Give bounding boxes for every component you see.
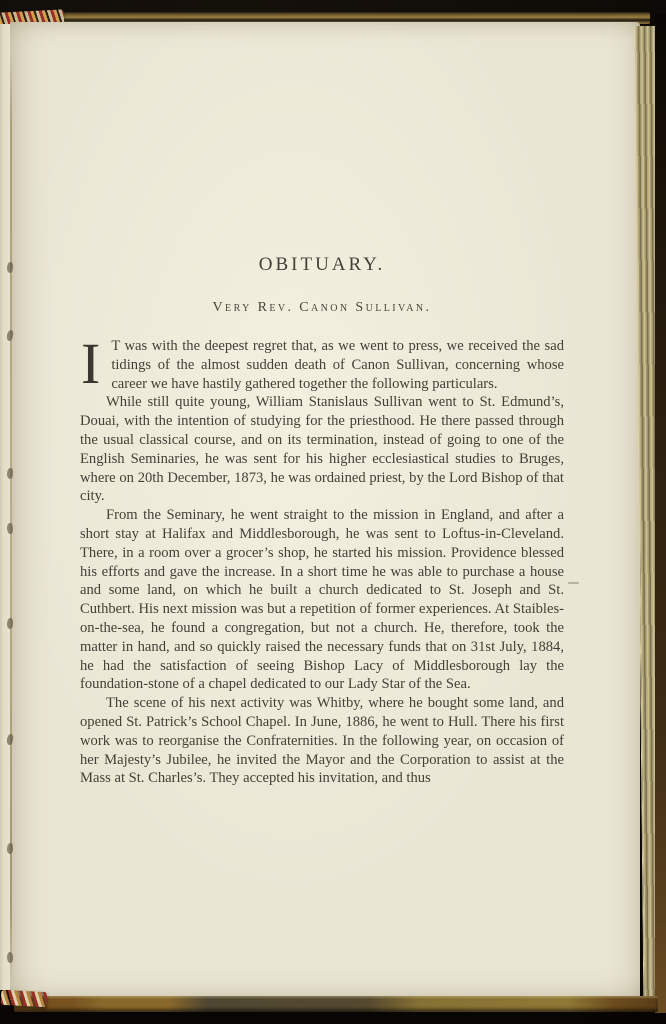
stitch-mark <box>6 523 13 535</box>
paragraph-1: IT was with the deepest regret that, as … <box>80 337 564 393</box>
page-content: OBITUARY. Very Rev. Canon Sullivan. IT w… <box>80 254 564 788</box>
book-page: OBITUARY. Very Rev. Canon Sullivan. IT w… <box>10 22 640 1000</box>
book-bottom-gilt-edge <box>14 996 658 1012</box>
paragraph-3: From the Seminary, he went straight to t… <box>80 506 564 694</box>
page-title: OBITUARY. <box>80 254 564 276</box>
page-blemish <box>568 582 579 584</box>
drop-cap: I <box>80 337 111 393</box>
paragraph-1-text: T was with the deepest regret that, as w… <box>111 338 564 392</box>
stitch-mark <box>7 843 13 854</box>
stitch-mark <box>7 952 14 963</box>
headband-bottom <box>1 990 48 1007</box>
paragraph-4: The scene of his next activity was Whitb… <box>80 694 564 788</box>
stitch-mark <box>7 262 13 273</box>
stitch-mark <box>7 618 13 629</box>
book-cover-right <box>655 13 666 1013</box>
stitch-mark <box>6 734 13 746</box>
stitch-mark <box>7 468 13 479</box>
paragraph-2: While still quite young, William Stanisl… <box>80 393 564 506</box>
page-subtitle: Very Rev. Canon Sullivan. <box>80 300 564 316</box>
stitch-mark <box>6 330 13 342</box>
